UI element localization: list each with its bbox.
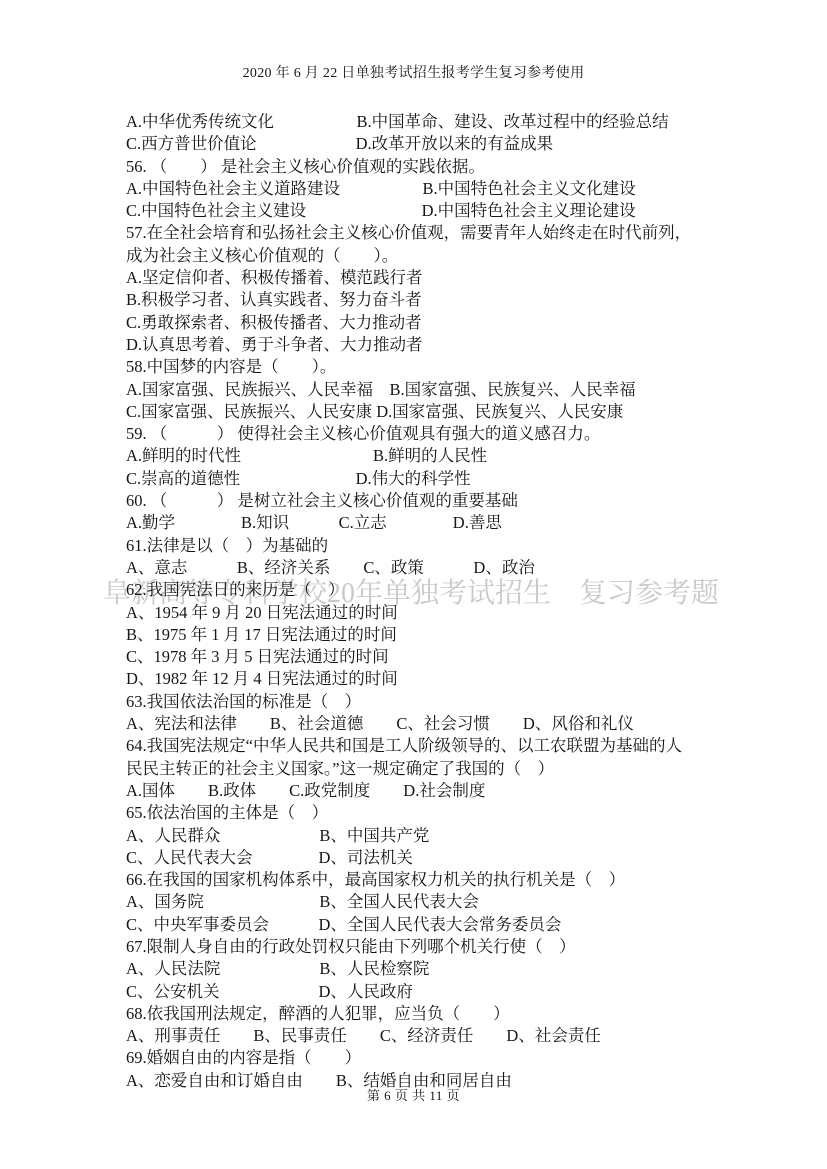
text-line: A.国家富强、民族振兴、人民幸福 B.国家富强、民族复兴、人民幸福 — [126, 379, 726, 401]
text-line: 64.我国宪法规定“中华人民共和国是工人阶级领导的、以工农联盟为基础的人 — [126, 735, 726, 757]
text-line: 60. （ ） 是树立社会主义核心价值观的重要基础 — [126, 490, 726, 512]
text-line: 62.我国宪法日的来历是（ ） — [126, 579, 726, 601]
page-number: 第 6 页 共 11 页 — [0, 1085, 827, 1104]
text-line: D、1982 年 12 月 4 日宪法通过的时间 — [126, 668, 726, 690]
text-line: C、公安机关 D、人民政府 — [126, 981, 726, 1003]
text-line: C.中国特色社会主义建设 D.中国特色社会主义理论建设 — [126, 200, 726, 222]
text-line: A、1954 年 9 月 20 日宪法通过的时间 — [126, 602, 726, 624]
text-line: A.国体 B.政体 C.政党制度 D.社会制度 — [126, 780, 726, 802]
text-line: A、刑事责任 B、民事责任 C、经济责任 D、社会责任 — [126, 1025, 726, 1047]
text-line: 66.在我国的国家机构体系中，最高国家权力机关的执行机关是（ ） — [126, 869, 726, 891]
text-line: 63.我国依法治国的标准是（ ） — [126, 691, 726, 713]
document-page: 2020 年 6 月 22 日单独考试招生报考学生复习参考使用 阜新高等专科学校… — [0, 0, 827, 1169]
text-line: 民民主转正的社会主义国家。”这一规定确定了我国的（ ） — [126, 758, 726, 780]
document-header: 2020 年 6 月 22 日单独考试招生报考学生复习参考使用 — [0, 62, 827, 82]
text-line: 成为社会主义核心价值观的（ ）。 — [126, 245, 726, 267]
text-line: A、人民法院 B、人民检察院 — [126, 958, 726, 980]
text-line: A.中国特色社会主义道路建设 B.中国特色社会主义文化建设 — [126, 178, 726, 200]
text-line: 67.限制人身自由的行政处罚权只能由下列哪个机关行使（ ） — [126, 936, 726, 958]
text-line: 69.婚姻自由的内容是指（ ） — [126, 1047, 726, 1069]
text-line: 59. （ ） 使得社会主义核心价值观具有强大的道义感召力。 — [126, 423, 726, 445]
text-line: C、人民代表大会 D、司法机关 — [126, 847, 726, 869]
document-body: A.中华优秀传统文化 B.中国革命、建设、改革过程中的经验总结C.西方普世价值论… — [126, 111, 726, 1092]
text-line: A、人民群众 B、中国共产党 — [126, 825, 726, 847]
text-line: D.认真思考着、勇于斗争者、大力推动者 — [126, 334, 726, 356]
text-line: 65.依法治国的主体是（ ） — [126, 802, 726, 824]
text-line: A、国务院 B、全国人民代表大会 — [126, 891, 726, 913]
text-line: A.勤学 B.知识 C.立志 D.善思 — [126, 512, 726, 534]
text-line: C、中央军事委员会 D、全国人民代表大会常务委员会 — [126, 914, 726, 936]
text-line: A.坚定信仰者、积极传播着、模范践行者 — [126, 267, 726, 289]
text-line: C.国家富强、民族振兴、人民安康 D.国家富强、民族复兴、人民安康 — [126, 401, 726, 423]
text-line: C.西方普世价值论 D.改革开放以来的有益成果 — [126, 133, 726, 155]
text-line: C.勇敢探索者、积极传播者、大力推动者 — [126, 312, 726, 334]
text-line: 56. （ ） 是社会主义核心价值观的实践依据。 — [126, 156, 726, 178]
text-line: 68.依我国刑法规定，醉酒的人犯罪，应当负（ ） — [126, 1003, 726, 1025]
text-line: B.积极学习者、认真实践者、努力奋斗者 — [126, 289, 726, 311]
text-line: 61.法律是以（ ）为基础的 — [126, 535, 726, 557]
text-line: A.鲜明的时代性 B.鲜明的人民性 — [126, 445, 726, 467]
text-line: A.中华优秀传统文化 B.中国革命、建设、改革过程中的经验总结 — [126, 111, 726, 133]
text-line: C、1978 年 3 月 5 日宪法通过的时间 — [126, 646, 726, 668]
text-line: 58.中国梦的内容是（ ）。 — [126, 356, 726, 378]
text-line: B、1975 年 1 月 17 日宪法通过的时间 — [126, 624, 726, 646]
text-line: A、意志 B、经济关系 C、政策 D、政治 — [126, 557, 726, 579]
text-line: 57.在全社会培育和弘扬社会主义核心价值观，需要青年人始终走在时代前列， — [126, 222, 726, 244]
text-line: A、宪法和法律 B、社会道德 C、社会习惯 D、风俗和礼仪 — [126, 713, 726, 735]
text-line: C.崇高的道德性 D.伟大的科学性 — [126, 468, 726, 490]
